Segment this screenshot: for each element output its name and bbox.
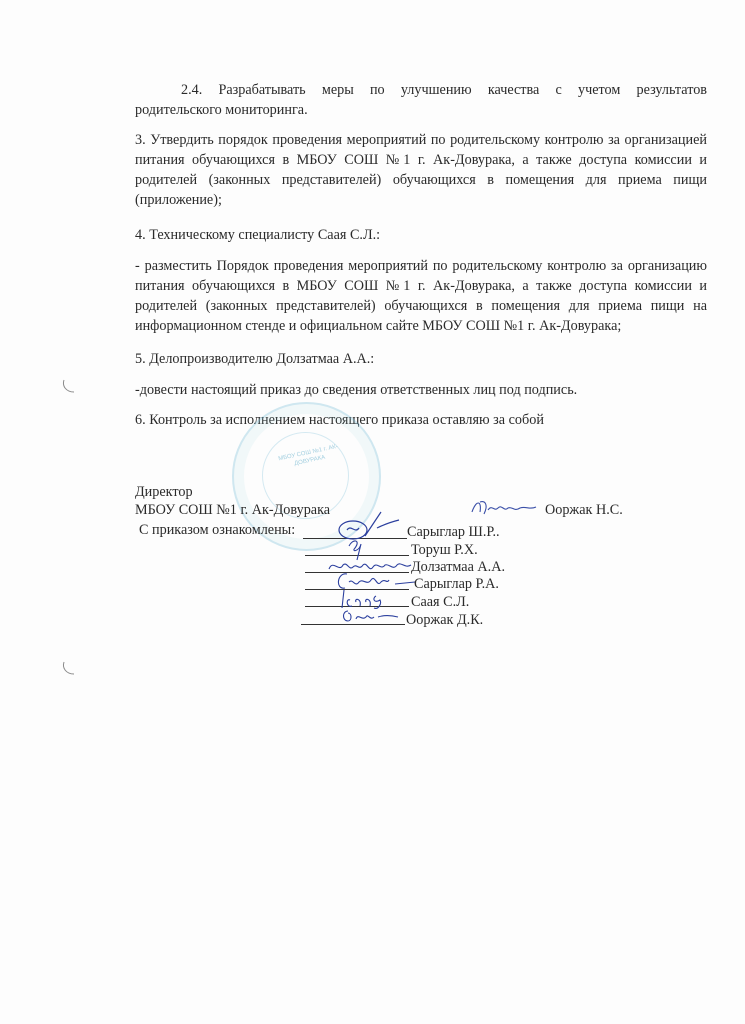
acknowledged-name: Ооржак Д.К.	[406, 611, 483, 629]
signature-oorzhak-dk	[340, 607, 400, 630]
scan-binding-mark	[60, 378, 76, 401]
paragraph-4-item: - разместить Порядок проведения мероприя…	[135, 256, 707, 336]
document-page: 2.4. Разрабатывать меры по улучшению кач…	[0, 0, 745, 1024]
acknowledged-name: Сарыглар Р.А.	[414, 575, 499, 593]
paragraph-2-4-line2: родительского мониторинга.	[135, 100, 308, 120]
director-title: Директор	[135, 482, 193, 502]
paragraph-3: 3. Утвердить порядок проведения мероприя…	[135, 130, 707, 210]
acknowledgement-label: С приказом ознакомлены:	[139, 521, 295, 539]
director-name: Ооржак Н.С.	[545, 501, 623, 519]
acknowledged-name: Долзатмаа А.А.	[411, 558, 505, 576]
director-signature	[470, 498, 540, 525]
paragraph-5: 5. Делопроизводителю Долзатмаа А.А.:	[135, 349, 374, 369]
acknowledged-name: Саая С.Л.	[411, 593, 469, 611]
paragraph-4: 4. Техническому специалисту Саая С.Л.:	[135, 225, 380, 245]
acknowledged-name: Сарыглар Ш.Р..	[407, 523, 500, 541]
paragraph-5-item: -довести настоящий приказ до сведения от…	[135, 380, 577, 400]
scan-binding-mark	[60, 660, 76, 683]
acknowledged-name: Торуш Р.Х.	[411, 541, 478, 559]
director-organization: МБОУ СОШ №1 г. Ак-Довурака	[135, 500, 330, 520]
paragraph-2-4-line1: 2.4. Разрабатывать меры по улучшению кач…	[135, 80, 707, 100]
